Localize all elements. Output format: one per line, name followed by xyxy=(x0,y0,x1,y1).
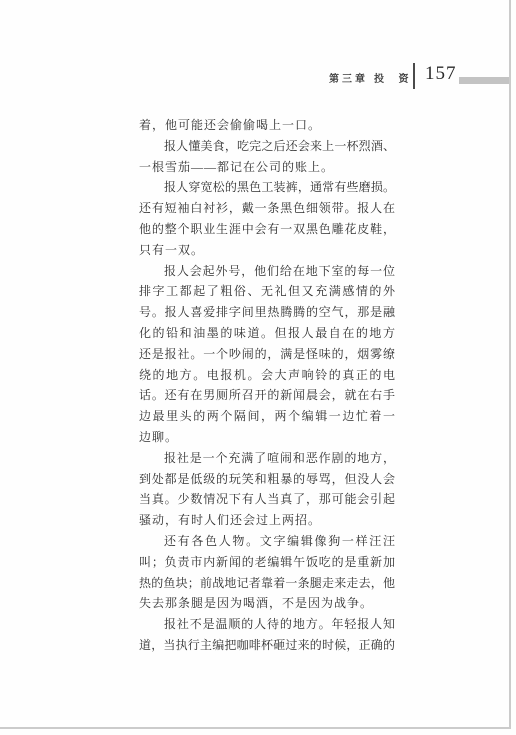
text-line: 到处都是低级的玩笑和粗暴的辱骂，但没人会 xyxy=(139,469,395,490)
text-line: 报人懂美食，吃完之后还会来上一杯烈酒、 xyxy=(139,136,395,157)
text-line: 还有各色人物。文字编辑像狗一样汪汪 xyxy=(139,531,395,552)
text-line: 着，他可能还会偷偷喝上一口。 xyxy=(139,115,395,136)
text-line: 排字工都起了粗俗、无礼但又充满感情的外 xyxy=(139,281,395,302)
header-divider-line xyxy=(413,63,415,89)
text-line: 叫；负责市内新闻的老编辑午饭吃的是重新加 xyxy=(139,552,395,573)
text-line: 还有短袖白衬衫，戴一条黑色细领带。报人在 xyxy=(139,198,395,219)
text-line: 道，当执行主编把咖啡杯砸过来的时候，正确的 xyxy=(139,635,395,656)
chapter-heading: 第三章投 资 xyxy=(329,70,412,85)
text-line: 边最里头的两个隔间，两个编辑一边忙着一 xyxy=(139,406,395,427)
page-edge-right xyxy=(509,0,511,729)
text-line: 边聊。 xyxy=(139,427,395,448)
text-line: 报人会起外号，他们给在地下室的每一位 xyxy=(139,261,395,282)
text-line: 热的鱼块；前战地记者靠着一条腿走来走去，他 xyxy=(139,573,395,594)
chapter-label: 第三章 xyxy=(329,74,368,85)
text-line: 绕的地方。电报机。会大声响铃的真正的电 xyxy=(139,365,395,386)
text-line: 号。报人喜爱排字间里热腾腾的空气，那是融 xyxy=(139,302,395,323)
text-line: 当真。少数情况下有人当真了，那可能会引起 xyxy=(139,489,395,510)
text-line: 报社是一个充满了喧闹和恶作剧的地方， xyxy=(139,448,395,469)
page-edge-bottom xyxy=(0,727,511,729)
body-text-block: 着，他可能还会偷偷喝上一口。报人懂美食，吃完之后还会来上一杯烈酒、一根雪茄——都… xyxy=(139,115,395,656)
text-line: 只有一双。 xyxy=(139,240,395,261)
text-line: 一根雪茄——都记在公司的账上。 xyxy=(139,157,395,178)
text-line: 他的整个职业生涯中会有一双黑色雕花皮鞋， xyxy=(139,219,395,240)
section-label: 投 资 xyxy=(374,74,412,85)
text-line: 还是报社。一个吵闹的，满是怪味的，烟雾缭 xyxy=(139,344,395,365)
text-line: 失去那条腿是因为喝酒，不是因为战争。 xyxy=(139,593,395,614)
page-number: 157 xyxy=(425,63,457,85)
text-line: 话。还有在男厕所召开的新闻晨会，就在右手 xyxy=(139,385,395,406)
text-line: 报社不是温顺的人待的地方。年轻报人知 xyxy=(139,614,395,635)
book-page: 第三章投 资 157 着，他可能还会偷偷喝上一口。报人懂美食，吃完之后还会来上一… xyxy=(0,0,516,735)
text-line: 骚动，有时人们还会过上两招。 xyxy=(139,510,395,531)
text-line: 化的铅和油墨的味道。但报人最自在的地方 xyxy=(139,323,395,344)
header-decoration-bar xyxy=(459,77,510,84)
text-line: 报人穿宽松的黑色工装裤，通常有些磨损。 xyxy=(139,177,395,198)
